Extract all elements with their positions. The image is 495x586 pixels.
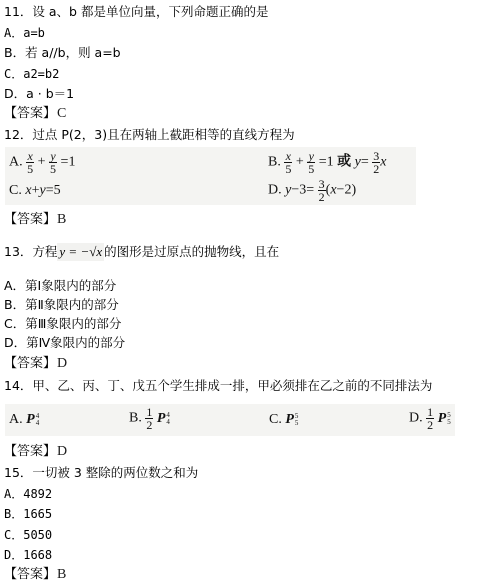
q13-formula: y = −√x [57, 243, 104, 261]
q14-option-b: B. 12 P44 [129, 406, 170, 431]
q15-option-d: D．1668 [4, 546, 52, 564]
answer-label: 【答案】 [4, 444, 56, 459]
answer-label: 【答案】 [4, 106, 56, 121]
q11-option-b: B．若 a//b，则 a=b [4, 44, 121, 62]
q14-option-a: A. P44 [9, 412, 39, 428]
q12-option-c: C. x+y=5 [9, 183, 61, 199]
q13-option-c: C．第Ⅲ象限内的部分 [4, 315, 121, 333]
q12-option-a: A. x5 + y5 =1 [9, 150, 75, 175]
q14-stem: 14．甲、乙、丙、丁、戊五个学生排成一排，甲必须排在乙之前的不同排法为 [4, 377, 432, 395]
q13-answer: 【答案】D [4, 355, 67, 373]
q13-option-b: B．第Ⅱ象限内的部分 [4, 296, 119, 314]
q15-option-c: C．5050 [4, 526, 52, 544]
q12-option-b: B. x5 + y5 =1 或 y= 32x [268, 150, 387, 175]
answer-label: 【答案】 [4, 567, 56, 582]
answer-value: B [57, 212, 66, 227]
q14-option-c: C. P55 [269, 412, 298, 428]
q15-stem: 15．一切被 3 整除的两位数之和为 [4, 464, 198, 482]
answer-value: C [57, 106, 66, 121]
q13-option-a: A．第Ⅰ象限内的部分 [4, 277, 116, 295]
q15-answer: 【答案】B [4, 566, 66, 584]
q13-stem: 13．方程y = −√x的图形是过原点的抛物线，且在 [4, 243, 279, 261]
q11-answer: 【答案】C [4, 105, 66, 123]
q11-stem: 11．设 a、b 都是单位向量，下列命题正确的是 [4, 3, 268, 21]
q12-answer: 【答案】B [4, 211, 66, 229]
q15-option-a: A．4892 [4, 485, 52, 503]
answer-value: D [57, 356, 67, 371]
answer-label: 【答案】 [4, 212, 56, 227]
q12-options-image: A. x5 + y5 =1 B. x5 + y5 =1 或 y= 32x C. … [5, 147, 416, 205]
answer-value: B [57, 567, 66, 582]
q11-option-a: A．a=b [4, 24, 45, 42]
q14-options-image: A. P44 B. 12 P44 C. P55 D. 12 P55 [5, 404, 455, 436]
q11-option-d: D．a · b＝1 [4, 85, 74, 103]
answer-value: D [57, 444, 67, 459]
q14-answer: 【答案】D [4, 443, 67, 461]
q12-stem: 12．过点 P(2，3)且在两轴上截距相等的直线方程为 [4, 126, 295, 144]
q15-option-b: B．1665 [4, 505, 52, 523]
q11-option-c: C．a2=b2 [4, 65, 59, 83]
answer-label: 【答案】 [4, 356, 56, 371]
q14-option-d: D. 12 P55 [409, 406, 451, 431]
q12-option-d: D. y−3= 32(x−2) [268, 178, 356, 203]
q13-option-d: D．第Ⅳ象限内的部分 [4, 334, 125, 352]
